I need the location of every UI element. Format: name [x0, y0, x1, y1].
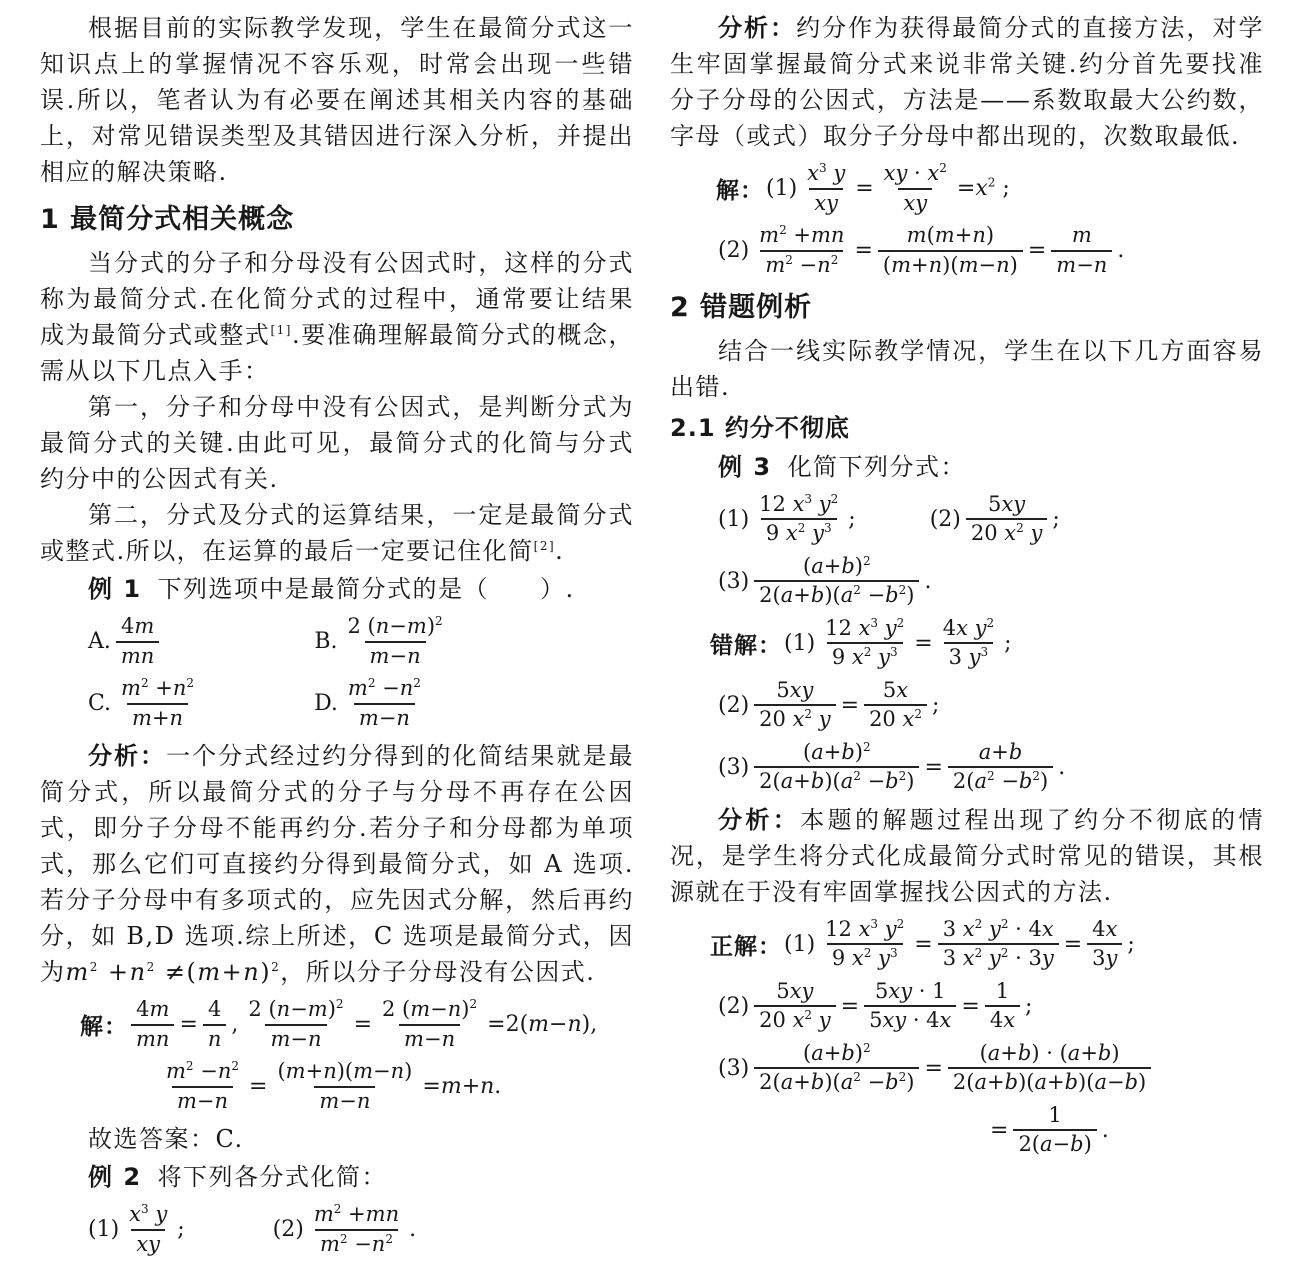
fraction-numerator: 5xy	[983, 492, 1030, 519]
example-3-heading: 例 3化简下列分式：	[670, 449, 1264, 485]
fraction: m2 +mnm2 −n2	[309, 1202, 404, 1257]
fraction-denominator: m2 −n2	[760, 250, 843, 279]
column-left: 根据目前的实际教学发现，学生在最简分式这一知识点上的掌握情况不容乐观，时常会出现…	[40, 10, 634, 1264]
example-2-solution-1: 解：(1)x3 yxy=xy · x2xy=x2 ;	[670, 161, 1264, 216]
fraction-denominator: xy	[898, 188, 932, 217]
fraction-numerator: (a+b)2	[798, 740, 876, 767]
fraction-numerator: 4x	[1087, 917, 1122, 944]
fraction-denominator: m−n	[265, 1024, 326, 1053]
fraction-denominator: 4x	[985, 1005, 1020, 1034]
math-text: =	[959, 994, 981, 1019]
point-1-paragraph: 第一，分子和分母中没有公因式，是判断分式为最简分式的关键.由此可见，最简分式的化…	[40, 389, 634, 497]
example-label: 例 2	[88, 1163, 142, 1191]
paragraph-text: 故选答案：C.	[88, 1125, 244, 1153]
math-text: C.	[86, 691, 113, 716]
fraction-numerator: m2 +n2	[116, 676, 199, 703]
fraction-denominator: m−n	[314, 1086, 375, 1115]
fraction: 2 (n−m)2m−n	[243, 997, 348, 1052]
fraction: (m+n)(m−n)m−n	[272, 1059, 417, 1114]
math-text: A.	[86, 629, 113, 654]
example-3-wrong-2: (2)5xy20 x2 y=5x20 x2;	[670, 678, 1264, 733]
fraction-denominator: 20 x2	[864, 704, 927, 733]
fraction-denominator: 9 x2 y3	[827, 943, 903, 972]
math-text: =	[988, 1118, 1010, 1143]
math-text: =x2 ;	[955, 176, 1012, 201]
fraction: m(m+n)(m+n)(m−n)	[878, 223, 1023, 278]
paragraph-text: 当分式的分子和分母没有公因式时，这样的分式称为最简分式.在化简分式的过程中，通常…	[40, 249, 634, 385]
math-text: (1)	[716, 507, 751, 532]
fraction: (a+b)22(a+b)(a2 −b2)	[754, 1041, 919, 1096]
paper-page: 根据目前的实际教学发现，学生在最简分式这一知识点上的掌握情况不容乐观，时常会出现…	[0, 0, 1300, 1264]
fraction-denominator: 2(a+b)(a2 −b2)	[754, 1067, 919, 1096]
fraction-numerator: 12 x3 y2	[754, 492, 843, 519]
math-text: =	[839, 693, 861, 718]
fraction-numerator: m(m+n)	[902, 223, 999, 250]
math-text: =	[1026, 238, 1048, 263]
fraction-denominator: m−n	[399, 1024, 460, 1053]
math-text: .	[1115, 238, 1126, 263]
fraction-numerator: 5xy	[771, 678, 818, 705]
math-text: (2)	[716, 994, 751, 1019]
fraction-numerator: 5xy · 1	[870, 979, 950, 1006]
math-text: (1)	[782, 631, 817, 656]
math-text: =	[1062, 932, 1084, 957]
math-text: (1)	[782, 932, 817, 957]
example-3-correct-3-line-2: =12(a−b).	[670, 1103, 1264, 1158]
math-text: .	[1056, 755, 1067, 780]
example-1-solution-line-2: m2 −n2m−n=(m+n)(m−n)m−n=m+n.	[40, 1059, 634, 1114]
fraction: (a+b)22(a+b)(a2 −b2)	[754, 554, 919, 609]
math-label: 错解：	[710, 627, 782, 660]
paragraph-lead-label: 分析：	[718, 14, 796, 42]
example-label: 例 1	[88, 575, 142, 603]
example-1-options-ab: A.4mmnB.2 (n−m)2m−n	[40, 614, 634, 669]
fraction-denominator: 2(a+b)(a2 −b2)	[754, 580, 919, 609]
example-3-wrong-1: 错解：(1)12 x3 y29 x2 y3=4x y23 y3;	[670, 616, 1264, 671]
subsection-2-1-heading: 2.1 约分不彻底	[670, 415, 1264, 443]
fraction-numerator: 1	[1043, 1103, 1066, 1130]
fraction-numerator: 3 x2 y2 · 4x	[938, 917, 1059, 944]
example-1-solution-line-1: 解：4mmn=4n,2 (n−m)2m−n=2 (m−n)2m−n=2(m−n)…	[40, 997, 634, 1052]
math-label: 解：	[80, 1008, 128, 1041]
example-3-wrong-3: (3)(a+b)22(a+b)(a2 −b2)=a+b2(a2 −b2).	[670, 740, 1264, 795]
fraction: 12 x3 y29 x2 y3	[820, 616, 909, 671]
fraction: (a+b)22(a+b)(a2 −b2)	[754, 740, 919, 795]
math-text: =	[922, 1056, 944, 1081]
math-text: .	[1100, 1118, 1111, 1143]
math-text: =	[247, 1074, 269, 1099]
math-text: (2)	[716, 693, 751, 718]
math-gap	[202, 703, 312, 704]
math-text: (1)	[86, 1217, 121, 1242]
math-text: ;	[846, 507, 857, 532]
math-text: (2)	[271, 1217, 306, 1242]
fraction: 2 (n−m)2m−n	[343, 614, 448, 669]
fraction-numerator: m2 −n2	[161, 1059, 244, 1086]
fraction-denominator: m−n	[354, 703, 415, 732]
math-text: ;	[1023, 994, 1034, 1019]
math-gap	[858, 519, 928, 520]
fraction-denominator: 2(a+b)(a+b)(a−b)	[948, 1067, 1151, 1096]
example-label: 例 3	[718, 453, 772, 481]
fraction: 5xy20 x2 y	[754, 678, 835, 733]
fraction: xy · x2xy	[879, 161, 952, 216]
fraction-denominator: 2(a2 −b2)	[948, 766, 1053, 795]
fraction-numerator: m	[1067, 223, 1097, 250]
example-1-answer: 故选答案：C.	[40, 1121, 634, 1157]
paragraph-text: 一个分式经过约分得到的化简结果就是最简分式，所以最简分式的分子与分母不再存在公因…	[40, 742, 634, 986]
fraction-numerator: 4x y2	[938, 616, 999, 643]
fraction-denominator: 3y	[1087, 943, 1122, 972]
section-2-intro: 结合一线实际教学情况，学生在以下几方面容易出错.	[670, 333, 1264, 405]
section-2-heading: 2 错题例析	[670, 292, 1264, 323]
fraction-denominator: m2 −n2	[315, 1229, 398, 1258]
fraction-denominator: 20 x2 y	[754, 704, 835, 733]
math-text: ,	[229, 1012, 240, 1037]
math-gap	[162, 641, 312, 642]
math-text: ;	[175, 1217, 186, 1242]
fraction: m2 −n2m−n	[343, 676, 426, 731]
math-text: (3)	[716, 755, 751, 780]
math-text: .	[922, 569, 933, 594]
fraction: 5xy · 15xy · 4x	[864, 979, 956, 1034]
math-gap	[187, 1229, 271, 1230]
math-text: =	[912, 631, 934, 656]
math-text: =m+n.	[420, 1074, 503, 1099]
example-text: 下列选项中是最简分式的是（ ）.	[158, 575, 575, 603]
example-3-correct-3-line-1: (3)(a+b)22(a+b)(a2 −b2)=(a+b) · (a+b)2(a…	[670, 1041, 1264, 1096]
fraction-denominator: m+n	[127, 703, 188, 732]
fraction: x3 yxy	[802, 161, 850, 216]
fraction-denominator: xy	[131, 1229, 165, 1258]
fraction: 12 x3 y29 x2 y3	[820, 917, 909, 972]
fraction: m2 −n2m−n	[161, 1059, 244, 1114]
example-2-solution-2: (2)m2 +mnm2 −n2=m(m+n)(m+n)(m−n)=mm−n.	[670, 223, 1264, 278]
fraction: 4mmn	[116, 614, 159, 669]
math-text: =	[922, 755, 944, 780]
math-text: =	[177, 1012, 199, 1037]
paragraph-lead-label: 分析：	[88, 742, 166, 770]
fraction: 3 x2 y2 · 4x3 x2 y2 · 3y	[938, 917, 1059, 972]
fraction-numerator: x3 y	[124, 1202, 172, 1229]
math-text: .	[407, 1217, 418, 1242]
example-2-items: (1)x3 yxy;(2)m2 +mnm2 −n2.	[40, 1202, 634, 1257]
column-right: 分析：约分作为获得最简分式的直接方法，对学生牢固掌握最简分式来说非常关键.约分首…	[670, 10, 1264, 1264]
math-text: =	[839, 994, 861, 1019]
fraction: 4x y23 y3	[938, 616, 999, 671]
fraction: m2 +n2m+n	[116, 676, 199, 731]
math-label: 正解：	[710, 928, 782, 961]
fraction-denominator: 20 x2 y	[754, 1005, 835, 1034]
example-1-heading: 例 1下列选项中是最简分式的是（ ）.	[40, 571, 634, 607]
fraction-denominator: xy	[809, 188, 843, 217]
math-text: ;	[930, 693, 941, 718]
example-3-items-1-2: (1)12 x3 y29 x2 y3;(2)5xy20 x2 y;	[670, 492, 1264, 547]
fraction-numerator: 2 (m−n)2	[377, 997, 482, 1024]
fraction-denominator: 9 x2 y3	[761, 518, 837, 547]
fraction: (a+b) · (a+b)2(a+b)(a+b)(a−b)	[948, 1041, 1151, 1096]
paragraph-text: 结合一线实际教学情况，学生在以下几方面容易出错.	[670, 337, 1264, 401]
example-1-analysis: 分析：一个分式经过约分得到的化简结果就是最简分式，所以最简分式的分子与分母不再存…	[40, 738, 634, 990]
example-2-analysis: 分析：约分作为获得最简分式的直接方法，对学生牢固掌握最简分式来说非常关键.约分首…	[670, 10, 1264, 154]
paragraph-text: 第一，分子和分母中没有公因式，是判断分式为最简分式的关键.由此可见，最简分式的化…	[40, 393, 634, 493]
fraction-numerator: xy · x2	[879, 161, 952, 188]
fraction-numerator: 2 (n−m)2	[243, 997, 348, 1024]
fraction: x3 yxy	[124, 1202, 172, 1257]
fraction-denominator: n	[203, 1024, 227, 1053]
fraction-numerator: x3 y	[802, 161, 850, 188]
fraction: 5xy20 x2 y	[754, 979, 835, 1034]
fraction-numerator: 4	[203, 997, 226, 1024]
fraction: 2 (m−n)2m−n	[377, 997, 482, 1052]
fraction: 5xy20 x2 y	[966, 492, 1047, 547]
example-3-analysis: 分析：本题的解题过程出现了约分不彻底的情况，是学生将分式化成最简分式时常见的错误…	[670, 802, 1264, 910]
fraction-numerator: 5x	[878, 678, 913, 705]
math-text: (2)	[928, 507, 963, 532]
fraction-numerator: a+b	[974, 740, 1028, 767]
fraction: 4n	[203, 997, 227, 1052]
fraction-numerator: 2 (n−m)2	[343, 614, 448, 641]
math-text: (2)	[716, 238, 751, 263]
fraction-numerator: (a+b)2	[798, 1041, 876, 1068]
concept-paragraph: 当分式的分子和分母没有公因式时，这样的分式称为最简分式.在化简分式的过程中，通常…	[40, 245, 634, 389]
fraction-numerator: m2 +mn	[754, 223, 849, 250]
fraction-denominator: 3 x2 y2 · 3y	[938, 943, 1059, 972]
math-text: ;	[1002, 631, 1013, 656]
example-3-item-3: (3)(a+b)22(a+b)(a2 −b2).	[670, 554, 1264, 609]
example-text: 将下列各分式化简：	[158, 1163, 388, 1191]
fraction-denominator: m−n	[1051, 250, 1112, 279]
fraction-denominator: mn	[116, 641, 159, 670]
fraction: a+b2(a2 −b2)	[948, 740, 1053, 795]
fraction-denominator: 2(a+b)(a2 −b2)	[754, 766, 919, 795]
fraction-denominator: 5xy · 4x	[864, 1005, 956, 1034]
math-text: B.	[312, 629, 339, 654]
fraction-numerator: m2 +mn	[309, 1202, 404, 1229]
fraction: m2 +mnm2 −n2	[754, 223, 849, 278]
math-text: ;	[1125, 932, 1136, 957]
math-text: =	[852, 238, 874, 263]
fraction: 5x20 x2	[864, 678, 927, 733]
fraction-numerator: 12 x3 y2	[820, 917, 909, 944]
example-text: 化简下列分式：	[788, 453, 967, 481]
section-1-heading: 1 最简分式相关概念	[40, 204, 634, 235]
intro-paragraph: 根据目前的实际教学发现，学生在最简分式这一知识点上的掌握情况不容乐观，时常会出现…	[40, 10, 634, 190]
example-3-correct-1: 正解：(1)12 x3 y29 x2 y3=3 x2 y2 · 4x3 x2 y…	[670, 917, 1264, 972]
fraction-denominator: m−n	[172, 1086, 233, 1115]
math-text: (3)	[716, 1056, 751, 1081]
fraction-denominator: (m+n)(m−n)	[878, 250, 1023, 279]
fraction-numerator: (a+b)2	[798, 554, 876, 581]
math-text: (3)	[716, 569, 751, 594]
fraction-numerator: m2 −n2	[343, 676, 426, 703]
fraction-denominator: 3 y3	[944, 642, 994, 671]
fraction-denominator: 2(a−b)	[1013, 1129, 1096, 1158]
example-2-heading: 例 2将下列各分式化简：	[40, 1159, 634, 1195]
fraction-numerator: 1	[991, 979, 1014, 1006]
math-text: D.	[312, 691, 340, 716]
fraction: 4mmn	[131, 997, 174, 1052]
example-3-correct-2: (2)5xy20 x2 y=5xy · 15xy · 4x=14x;	[670, 979, 1264, 1034]
fraction: 12 x3 y29 x2 y3	[754, 492, 843, 547]
fraction: 12(a−b)	[1013, 1103, 1096, 1158]
math-text: =	[912, 932, 934, 957]
fraction-numerator: (a+b) · (a+b)	[975, 1041, 1125, 1068]
math-label: 解：	[716, 172, 764, 205]
fraction-numerator: (m+n)(m−n)	[272, 1059, 417, 1086]
point-2-paragraph: 第二，分式及分式的运算结果，一定是最简分式或整式.所以，在运算的最后一定要记住化…	[40, 497, 634, 569]
fraction-denominator: 9 x2 y3	[827, 642, 903, 671]
math-text: =2(m−n),	[485, 1012, 599, 1037]
fraction-denominator: 20 x2 y	[966, 518, 1047, 547]
fraction-numerator: 5xy	[771, 979, 818, 1006]
fraction-denominator: mn	[131, 1024, 174, 1053]
fraction-numerator: 4m	[116, 614, 159, 641]
fraction-denominator: m−n	[365, 641, 426, 670]
fraction-numerator: 12 x3 y2	[820, 616, 909, 643]
math-text: ;	[1050, 507, 1061, 532]
paragraph-text: 第二，分式及分式的运算结果，一定是最简分式或整式.所以，在运算的最后一定要记住化…	[40, 501, 634, 565]
example-1-options-cd: C.m2 +n2m+nD.m2 −n2m−n	[40, 676, 634, 731]
math-text: =	[352, 1012, 374, 1037]
fraction: 14x	[985, 979, 1020, 1034]
math-text: (1)	[764, 176, 799, 201]
fraction: 4x3y	[1087, 917, 1122, 972]
math-text: =	[853, 176, 875, 201]
fraction-numerator: 4m	[131, 997, 174, 1024]
paragraph-lead-label: 分析：	[718, 806, 800, 834]
paragraph-text: 根据目前的实际教学发现，学生在最简分式这一知识点上的掌握情况不容乐观，时常会出现…	[40, 14, 634, 186]
fraction: mm−n	[1051, 223, 1112, 278]
